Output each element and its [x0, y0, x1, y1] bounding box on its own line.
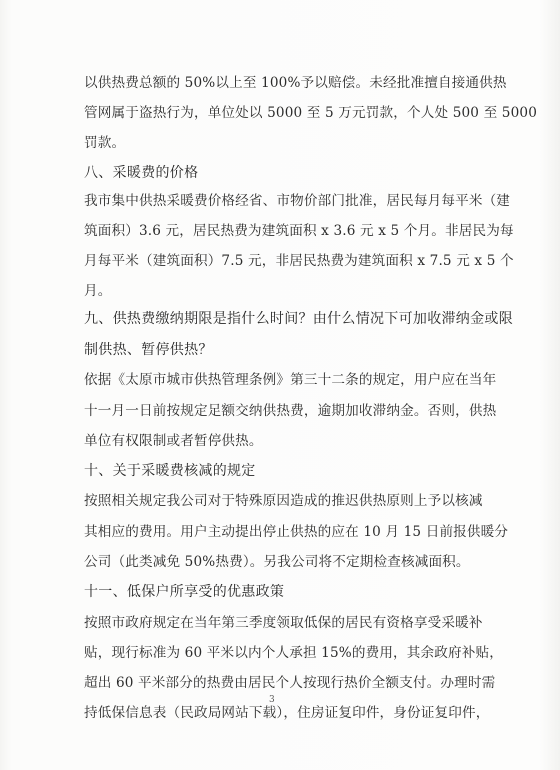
page-number: 3 — [269, 695, 275, 705]
paragraph-line: 我市集中供热采暖费价格经省、市物价部门批准，居民每月每平米（建 — [84, 192, 484, 210]
section-heading-11: 十一、低保户所享受的优惠政策 — [84, 583, 484, 601]
paragraph-line: 单位有权限制或者暂停供热。 — [84, 432, 484, 450]
section-heading-9-cont: 制供热、暂停供热？ — [84, 341, 484, 359]
paragraph-line: 月。 — [84, 282, 484, 300]
section-heading-9: 九、供热费缴纳期限是指什么时间？由什么情况下可加收滞纳金或限 — [84, 310, 484, 328]
section-heading-8: 八、采暖费的价格 — [84, 164, 484, 182]
paragraph-line: 月每平米（建筑面积）7.5 元，非居民热费为建筑面积 x 7.5 元 x 5 个 — [84, 252, 484, 270]
paragraph-line: 依据《太原市城市供热管理条例》第三十二条的规定，用户应在当年 — [84, 371, 484, 389]
paragraph-line: 以供热费总额的 50%以上至 100%予以赔偿。未经批准擅自接通供热 — [84, 74, 484, 92]
paragraph-line: 超出 60 平米部分的热费由居民个人按现行热价全额支付。办理时需 — [84, 674, 484, 692]
section-heading-10: 十、关于采暖费核减的规定 — [84, 462, 484, 480]
paragraph-line: 筑面积）3.6 元，居民热费为建筑面积 x 3.6 元 x 5 个月。非居民为每 — [84, 222, 484, 240]
paragraph-line: 按照相关规定我公司对于特殊原因造成的推迟供热原则上予以核减 — [84, 492, 484, 510]
paragraph-line: 管网属于盗热行为，单位处以 5000 至 5 万元罚款，个人处 500 至 50… — [84, 104, 484, 122]
paragraph-line: 贴，现行标准为 60 平米以内个人承担 15%的费用，其余政府补贴， — [84, 644, 484, 662]
paragraph-line: 按照市政府规定在当年第三季度领取低保的居民有资格享受采暖补 — [84, 614, 484, 632]
paragraph-line: 罚款。 — [84, 134, 484, 152]
document-page: 以供热费总额的 50%以上至 100%予以赔偿。未经批准擅自接通供热 管网属于盗… — [0, 0, 560, 770]
paragraph-line: 持低保信息表（民政局网站下载），住房证复印件，身份证复印件， — [84, 704, 484, 722]
paragraph-line: 其相应的费用。用户主动提出停止供热的应在 10 月 15 日前报供暖分 — [84, 523, 484, 541]
paragraph-line: 公司（此类减免 50%热费）。另我公司将不定期检查核减面积。 — [84, 553, 484, 571]
paragraph-line: 十一月一日前按规定足额交纳供热费，逾期加收滞纳金。否则，供热 — [84, 402, 484, 420]
